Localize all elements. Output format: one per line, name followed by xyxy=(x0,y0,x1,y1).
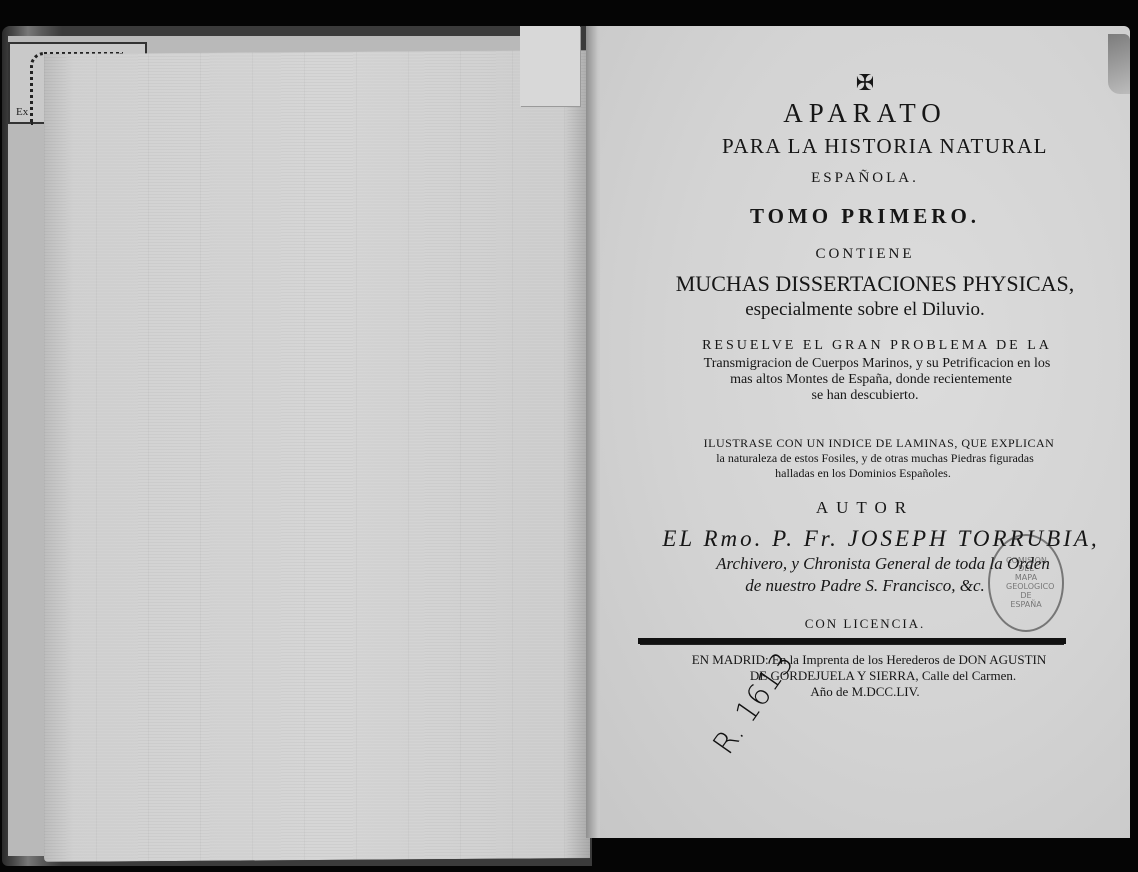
volume-label: TOMO PRIMERO. xyxy=(600,204,1130,229)
resolves-line-1: RESUELVE EL GRAN PROBLEMA DE LA xyxy=(612,338,1138,354)
imprint-line-1: EN MADRID: En la Imprenta de los Hereder… xyxy=(604,652,1134,668)
resolves-line-4: se han descubierto. xyxy=(600,388,1130,404)
illustrated-line-2: la naturaleza de estos Fosiles, y de otr… xyxy=(610,451,1138,466)
imprint-line-2: DE GORDEJUELA Y SIERRA, Calle del Carmen… xyxy=(618,668,1138,684)
bookplate-text: Ex xyxy=(16,106,28,118)
double-rule-divider xyxy=(638,638,1066,644)
book-title: APARATO xyxy=(600,98,1130,129)
illustrated-line-3: halladas en los Dominios Españoles. xyxy=(598,466,1128,481)
contents-line-2: especialmente sobre el Diluvio. xyxy=(600,299,1130,321)
left-flyleaf-page xyxy=(44,50,590,862)
illustrated-line-1: ILUSTRASE CON UN INDICE DE LAMINAS, QUE … xyxy=(614,436,1138,451)
left-page-top-fold xyxy=(520,26,580,106)
contains-label: CONTIENE xyxy=(600,246,1130,263)
resolves-line-3: mas altos Montes de España, donde recien… xyxy=(606,372,1136,388)
book-subtitle: PARA LA HISTORIA NATURAL xyxy=(620,134,1138,159)
title-page: ✠ APARATO PARA LA HISTORIA NATURAL ESPAÑ… xyxy=(600,26,1130,838)
imprint-line-3: Año de M.DCC.LIV. xyxy=(600,684,1130,700)
contents-line-1: MUCHAS DISSERTACIONES PHYSICAS, xyxy=(610,271,1138,297)
library-stamp: COMISION DEL MAPA GEOLOGICO DE ESPAÑA xyxy=(988,534,1064,632)
cross-ornament-icon: ✠ xyxy=(600,70,1130,96)
book-subtitle-2: ESPAÑOLA. xyxy=(600,170,1130,187)
author-label: AUTOR xyxy=(600,498,1130,518)
stamp-text: COMISION DEL MAPA GEOLOGICO DE ESPAÑA xyxy=(1006,557,1046,610)
author-name: EL Rmo. P. Fr. JOSEPH TORRUBIA, xyxy=(616,526,1138,552)
resolves-line-2: Transmigracion de Cuerpos Marinos, y su … xyxy=(612,356,1138,372)
